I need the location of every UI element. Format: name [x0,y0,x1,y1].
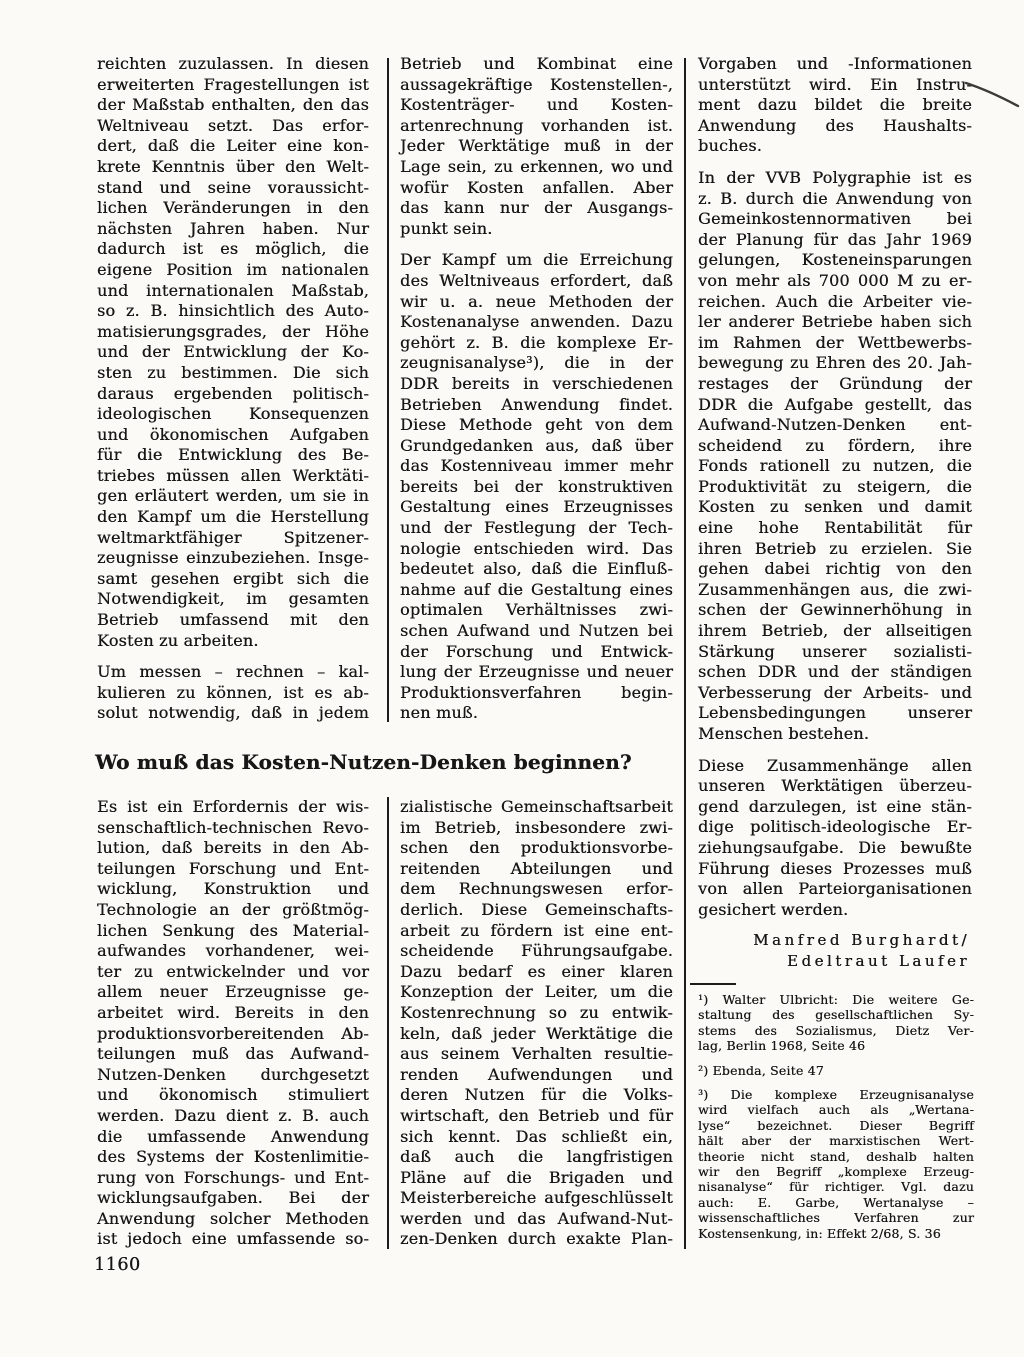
text-line: sich kennt. Das schließt ein, [400,1127,673,1148]
text-line: weltmarktfähiger Spitzener- [97,528,369,549]
text-line: Produktivität zu steigern, die [698,477,972,498]
text-line: gehen dabei richtig von den [698,559,972,580]
text-line: lung der Erzeugnisse und neuer [400,662,673,683]
text-line: samt gesehen ergibt sich die [97,569,369,590]
paragraph: Es ist ein Erfordernis der wis-senschaft… [97,797,369,1250]
text-line: punkt sein. [400,219,673,240]
text-line: rung von Forschungs- und Ent- [97,1168,369,1189]
text-line: Anwendung des Haushalts- [698,116,972,137]
text-line: gend darzulegen, ist eine stän- [698,797,972,818]
text-line: optimalen Verhältnisses zwi- [400,600,673,621]
text-line: das Kostenniveau immer mehr [400,456,673,477]
text-line: Anwendung solcher Methoden [97,1209,369,1230]
text-line: im Betrieb, insbesondere zwi- [400,818,673,839]
text-line: zialistische Gemeinschaftsarbeit [400,797,673,818]
text-line: DDR die Aufgabe gestellt, das [698,395,972,416]
text-line: bereits bei der konstruktiven [400,477,673,498]
paragraph: Um messen – rechnen – kal-kulieren zu kö… [97,662,369,724]
text-line: staltung des gesellschaftlichen Sy- [698,1007,974,1022]
text-line: scheidend zu fördern, ihre [698,436,972,457]
text-line: Weltniveau setzt. Das erfor- [97,116,369,137]
text-line: Meisterbereiche aufgeschlüsselt [400,1188,673,1209]
text-line: Dazu bedarf es einer klaren [400,962,673,983]
text-line: Diese Methode geht von dem [400,415,673,436]
text-line: Gemeinkostennormativen bei [698,209,972,230]
pen-stroke-mark [956,74,1024,120]
text-line: Kostenträger- und Kosten- [400,95,673,116]
text-line: ter zu entwickelnder und vor [97,962,369,983]
text-line: lichen Veränderungen in den [97,198,369,219]
text-line: Jeder Werktätige muß in der [400,136,673,157]
text-line: den Kampf um die Herstellung [97,507,369,528]
text-line: Führung dieses Prozesses muß [698,859,972,880]
text-line: Notwendigkeit, im gesamten [97,589,369,610]
column-middle-top: Betrieb und Kombinat eineaussagekräftige… [400,54,673,724]
paragraph: Der Kampf um die Erreichungdes Weltnivea… [400,250,673,724]
text-line: lag, Berlin 1968, Seite 46 [698,1038,974,1053]
text-line: reichten zuzulassen. In diesen [97,54,369,75]
text-line: und internationalen Maßstab, [97,281,369,302]
text-line: zen-Denken durch exakte Plan- [400,1229,673,1250]
text-line: Betrieben Anwendung findet. [400,395,673,416]
text-line: eine hohe Rentabilität für [698,518,972,539]
text-line: der Planung für das Jahr 1969 [698,230,972,251]
author-signature: Manfred Burghardt/Edeltraut Laufer [698,930,972,972]
text-line: und ökonomisch stimuliert [97,1085,369,1106]
text-line: restages der Gründung der [698,374,972,395]
text-line: gen erläutert werden, um sie in [97,486,369,507]
text-line: nologie entschieden wird. Das [400,539,673,560]
text-line: Fonds rationell zu nutzen, die [698,456,972,477]
text-line: wir u. a. neue Methoden der [400,292,673,313]
text-line: ler anderer Betriebe haben sich [698,312,972,333]
text-line: wicklungsaufgaben. Bei der [97,1188,369,1209]
text-line: gehört z. B. die komplexe Er- [400,333,673,354]
text-line: lyse“ bezeichnet. Dieser Begriff [698,1118,974,1133]
text-line: Menschen bestehen. [698,724,972,745]
text-line: aus seinem Verhalten resultie- [400,1044,673,1065]
text-line: aussagekräftige Kostenstellen-, [400,75,673,96]
text-line: dert, daß die Leiter eine kon- [97,136,369,157]
column-rule-right [684,58,686,1249]
scanned-page: { "document": { "page_number": "1160", "… [0,0,1024,1357]
text-line: nisanalyse“ für richtiger. Vgl. dazu [698,1179,974,1194]
text-line: bedeutet also, daß die Einfluß- [400,559,673,580]
text-line: ihren Betrieb zu erzielen. Sie [698,539,972,560]
text-line: krete Kenntnis über den Welt- [97,157,369,178]
text-line: ²) Ebenda, Seite 47 [698,1063,974,1078]
text-line: nächsten Jahren haben. Nur [97,219,369,240]
text-line: Aufwand-Nutzen-Denken ent- [698,415,972,436]
text-line: ziehungsaufgabe. Die bewußte [698,838,972,859]
text-line: bewegung zu Ehren des 20. Jah- [698,353,972,374]
text-line: renden Aufwendungen und [400,1065,673,1086]
text-line: Es ist ein Erfordernis der wis- [97,797,369,818]
text-line: schen DDR und der ständigen [698,662,972,683]
text-line: zeugnisanalyse³), die in der [400,353,673,374]
text-line: stems des Sozialismus, Dietz Ver- [698,1023,974,1038]
text-line: schen den produktionsvorbe- [400,838,673,859]
text-line: der Maßstab enthalten, den das [97,95,369,116]
text-line: auch: E. Garbe, Wertanalyse – [698,1195,974,1210]
text-line: wirtschaft, den Betrieb und für [400,1106,673,1127]
text-line: Betrieb umfassend mit den [97,610,369,631]
text-line: des Systems der Kostenlimitie- [97,1147,369,1168]
paragraph: ²) Ebenda, Seite 47 [698,1063,974,1078]
text-line: triebes müssen allen Werktäti- [97,466,369,487]
text-line: dem Rechnungswesen erfor- [400,879,673,900]
text-line: stand und seine voraussicht- [97,178,369,199]
signature-line: Edeltraut Laufer [698,951,972,972]
text-line: Zusammenhängen aus, die zwi- [698,580,972,601]
text-line: derlich. Diese Gemeinschafts- [400,900,673,921]
text-line: Lebensbedingungen unserer [698,703,972,724]
column-middle-bottom: zialistische Gemeinschaftsarbeitim Betri… [400,797,673,1250]
text-line: allem neuer Erzeugnisse ge- [97,982,369,1003]
paragraph: zialistische Gemeinschaftsarbeitim Betri… [400,797,673,1250]
text-line: für die Entwicklung des Be- [97,445,369,466]
text-line: Um messen – rechnen – kal- [97,662,369,683]
text-line: nen muß. [400,703,673,724]
text-line: lution, daß bereits in den Ab- [97,838,369,859]
text-line: wicklung, Konstruktion und [97,879,369,900]
text-line: deren Nutzen für die Volks- [400,1085,673,1106]
text-line: ³) Die komplexe Erzeugnisanalyse [698,1087,974,1102]
paragraph: ¹) Walter Ulbricht: Die weitere Ge-stalt… [698,992,974,1054]
text-line: Betrieb und Kombinat eine [400,54,673,75]
text-line: wird vielfach auch als „Wertana- [698,1102,974,1117]
text-line: eigene Position im nationalen [97,260,369,281]
column-rule-left-bottom [387,797,389,1249]
text-line: und ökonomischen Aufgaben [97,425,369,446]
text-line: ment dazu bildet die breite [698,95,972,116]
text-line: so z. B. hinsichtlich des Auto- [97,301,369,322]
text-line: solut notwendig, daß in jedem [97,703,369,724]
column-left-top: reichten zuzulassen. In diesenerweiterte… [97,54,369,724]
text-line: theorie nicht stand, deshalb halten [698,1149,974,1164]
text-line: wir den Begriff „komplexe Erzeug- [698,1164,974,1179]
text-line: Kostenrechnung so zu entwik- [400,1003,673,1024]
text-line: Konzeption der Leiter, um die [400,982,673,1003]
text-line: arbeitet wird. Bereits in den [97,1003,369,1024]
text-line: teilungen Forschung und Ent- [97,859,369,880]
text-line: Der Kampf um die Erreichung [400,250,673,271]
text-line: buches. [698,136,972,157]
text-line: Kosten zu arbeiten. [97,631,369,652]
text-line: Technologie an der größtmög- [97,900,369,921]
column-right: Vorgaben und -Informationenunterstützt w… [698,54,972,972]
text-line: das kann nur der Ausgangs- [400,198,673,219]
text-line: nahme auf die Gestaltung eines [400,580,673,601]
text-line: des Weltniveaus erfordert, daß [400,271,673,292]
text-line: Kostenanalyse anwenden. Dazu [400,312,673,333]
text-line: erweiterten Fragestellungen ist [97,75,369,96]
text-line: artenrechnung vorhanden ist. [400,116,673,137]
text-line: keln, daß jeder Werktätige die [400,1024,673,1045]
text-line: ist jedoch eine umfassende so- [97,1229,369,1250]
column-right-text: Vorgaben und -Informationenunterstützt w… [698,54,972,920]
text-line: kulieren zu können, ist es ab- [97,683,369,704]
paragraph: In der VVB Polygraphie ist esz. B. durch… [698,168,972,745]
page-number: 1160 [94,1255,141,1275]
text-line: teilungen muß das Aufwand- [97,1044,369,1065]
text-line: ihrem Betrieb, der allseitigen [698,621,972,642]
text-line: von mehr als 700 000 M zu er- [698,271,972,292]
text-line: Produktionsverfahren begin- [400,683,673,704]
text-line: Nutzen-Denken durchgesetzt [97,1065,369,1086]
text-line: unseren Werktätigen überzeu- [698,776,972,797]
text-line: gelungen, Kosteneinsparungen [698,250,972,271]
text-line: im Rahmen der Wettbewerbs- [698,333,972,354]
text-line: DDR bereits in verschiedenen [400,374,673,395]
signature-line: Manfred Burghardt/ [698,930,972,951]
text-line: wissenschaftliches Verfahren zur [698,1210,974,1225]
text-line: Verbesserung der Arbeits- und [698,683,972,704]
paragraph: Vorgaben und -Informationenunterstützt w… [698,54,972,157]
text-line: dadurch ist es möglich, die [97,239,369,260]
text-line: schen Aufwand und Nutzen bei [400,621,673,642]
text-line: werden und das Aufwand-Nut- [400,1209,673,1230]
text-line: gesichert werden. [698,900,972,921]
text-line: wofür Kosten anfallen. Aber [400,178,673,199]
footnotes-block: ¹) Walter Ulbricht: Die weitere Ge-stalt… [698,992,974,1241]
text-line: Diese Zusammenhänge allen [698,756,972,777]
text-line: Kostensenkung, in: Effekt 2/68, S. 36 [698,1226,974,1241]
text-line: In der VVB Polygraphie ist es [698,168,972,189]
text-line: schen der Gewinnerhöhung in [698,600,972,621]
text-line: ¹) Walter Ulbricht: Die weitere Ge- [698,992,974,1007]
column-rule-left-top [387,58,389,722]
text-line: Gestaltung eines Erzeugnisses [400,497,673,518]
text-line: lichen Senkung des Material- [97,921,369,942]
text-line: produktionsvorbereitenden Ab- [97,1024,369,1045]
text-line: scheidende Führungsaufgabe. [400,941,673,962]
text-line: z. B. durch die Anwendung von [698,189,972,210]
text-line: der Forschung und Entwick- [400,642,673,663]
text-line: reichen. Auch die Arbeiter vie- [698,292,972,313]
text-line: arbeit zu fördern ist eine ent- [400,921,673,942]
text-line: aufwandes vorhandener, wei- [97,941,369,962]
text-line: die umfassende Anwendung [97,1127,369,1148]
text-line: und der Entwicklung der Ko- [97,342,369,363]
text-line: sten zu bestimmen. Die sich [97,363,369,384]
text-line: und der Festlegung der Tech- [400,518,673,539]
text-line: ideologischen Konsequenzen [97,404,369,425]
text-line: werden. Dazu dient z. B. auch [97,1106,369,1127]
paragraph: Diese Zusammenhänge allenunseren Werktät… [698,756,972,921]
text-line: hält aber der marxistischen Wert- [698,1133,974,1148]
footnote-separator-rule [690,983,736,985]
text-line: daraus ergebenden politisch- [97,384,369,405]
text-line: unterstützt wird. Ein Instru- [698,75,972,96]
text-line: Vorgaben und -Informationen [698,54,972,75]
column-left-bottom: Es ist ein Erfordernis der wis-senschaft… [97,797,369,1250]
text-line: Lage sein, zu erkennen, wo und [400,157,673,178]
paragraph: ³) Die komplexe Erzeugnisanalysewird vie… [698,1087,974,1241]
text-line: zeugnisse einzubeziehen. Insge- [97,548,369,569]
text-line: Grundgedanken aus, daß über [400,436,673,457]
text-line: Pläne auf die Brigaden und [400,1168,673,1189]
text-line: dige politisch-ideologische Er- [698,817,972,838]
text-line: daß auch die langfristigen [400,1147,673,1168]
section-heading: Wo muß das Kosten-Nutzen-Denken beginnen… [95,749,715,775]
text-line: matisierungsgrades, der Höhe [97,322,369,343]
paragraph: reichten zuzulassen. In diesenerweiterte… [97,54,369,651]
text-line: senschaftlich-technischen Revo- [97,818,369,839]
text-line: Kosten zu senken und damit [698,497,972,518]
text-line: von allen Parteiorganisationen [698,879,972,900]
text-line: Stärkung unserer sozialisti- [698,642,972,663]
paragraph: Betrieb und Kombinat eineaussagekräftige… [400,54,673,239]
text-line: reitenden Abteilungen und [400,859,673,880]
